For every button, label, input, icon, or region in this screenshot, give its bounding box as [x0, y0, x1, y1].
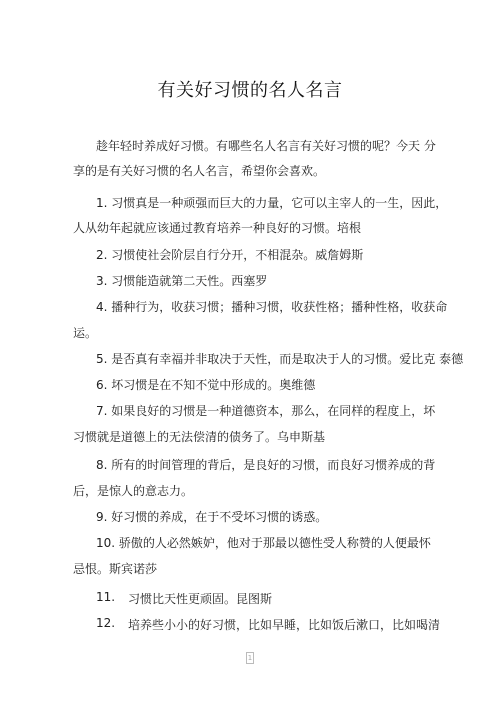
quote-line: 忌恨。斯宾诺莎	[73, 560, 157, 577]
document-title: 有关好习惯的名人名言	[0, 76, 500, 102]
intro-line: 享的是有关好习惯的名人名言，希望你会喜欢。	[73, 162, 325, 179]
quote-line: 8. 所有的时间管理的背后，是良好的习惯，而良好习惯养成的背	[96, 456, 435, 473]
quote-line: 后，是惊人的意志力。	[73, 482, 193, 499]
quote-line: 习惯比天性更顽固。昆图斯	[128, 590, 272, 607]
quote-number: 11.	[96, 590, 115, 604]
quote-line: 习惯就是道德上的无法偿清的债务了。乌申斯基	[73, 428, 325, 445]
quote-line: 7. 如果良好的习惯是一种道德资本，那么，在同样的程度上，坏	[96, 402, 435, 419]
quote-number: 12.	[96, 616, 115, 630]
quote-line: 9. 好习惯的养成，在于不受坏习惯的诱惑。	[96, 508, 327, 525]
quote-line: 5. 是否真有幸福并非取决于天性，而是取决于人的习惯。爱比克 泰德	[96, 350, 463, 367]
quote-line: 4. 播种行为，收获习惯；播种习惯，收获性格；播种性格，收获命	[96, 298, 447, 315]
quote-line: 人从幼年起就应该通过教育培养一种良好的习惯。培根	[73, 219, 361, 236]
quote-line: 运。	[73, 324, 97, 341]
quote-line: 3. 习惯能造就第二天性。西塞罗	[96, 272, 267, 289]
quote-line: 2. 习惯使社会阶层自行分开，不相混杂。威詹姆斯	[96, 246, 363, 263]
quote-line: 1. 习惯真是一种顽强而巨大的力量，它可以主宰人的一生，因此，	[96, 194, 447, 211]
quote-line: 培养些小小的好习惯，比如早睡，比如饭后漱口，比如喝清	[128, 616, 440, 633]
page-number: 1	[246, 652, 254, 664]
quote-line: 6. 坏习惯是在不知不觉中形成的。奥维德	[96, 376, 315, 393]
quote-line: 10. 骄傲的人必然嫉妒，他对于那最以德性受人称赞的人便最怀	[96, 534, 431, 551]
intro-line: 趁年轻时养成好习惯。有哪些名人名言有关好习惯的呢？今天 分	[96, 137, 436, 154]
